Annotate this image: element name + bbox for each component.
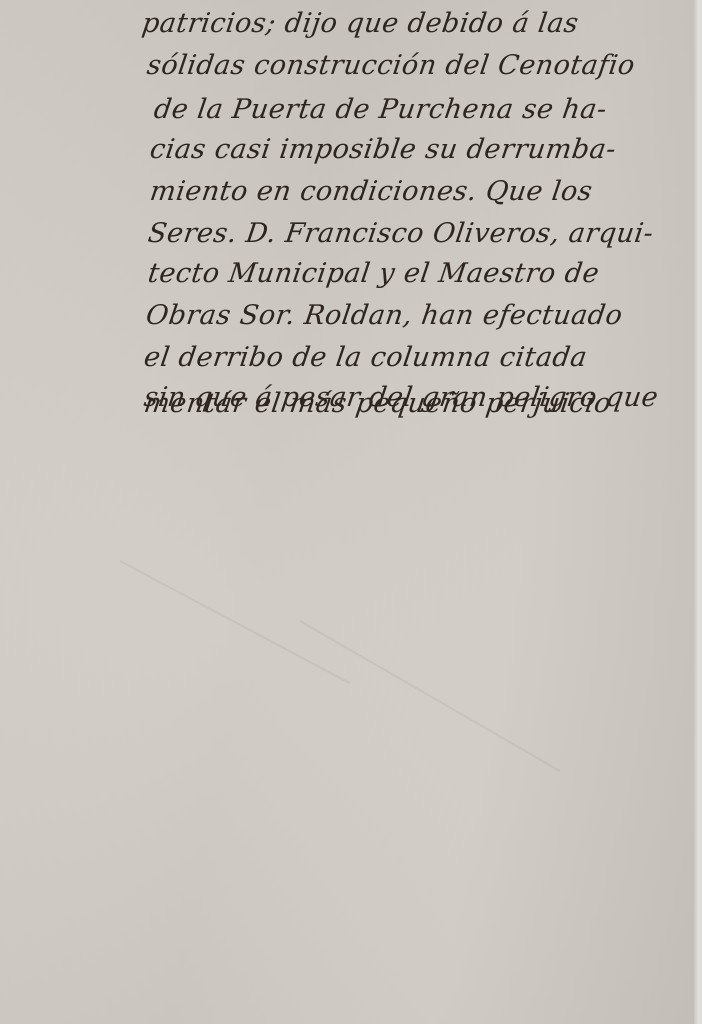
- manuscript-line: el derribo de la columna citada: [142, 342, 589, 373]
- manuscript-line: sólidas construcción del Cenotafio: [145, 50, 637, 81]
- manuscript-line: Obras Sor. Roldan, han efectuado: [144, 300, 625, 331]
- manuscript-body: patricios; dijo que debido á las sólidas…: [0, 0, 702, 1024]
- manuscript-line: tecto Municipal y el Maestro de: [146, 258, 601, 289]
- manuscript-line: patricios; dijo que debido á las: [140, 8, 581, 39]
- manuscript-line: de la Puerta de Purchena se ha-: [152, 94, 609, 125]
- manuscript-line: mentár el más pequeño perjuicio: [142, 388, 613, 419]
- manuscript-line: miento en condiciones. Que los: [148, 176, 595, 207]
- manuscript-line: cias casi imposible su derrumba-: [148, 134, 618, 165]
- manuscript-line: Seres. D. Francisco Oliveros, arqui-: [146, 218, 656, 249]
